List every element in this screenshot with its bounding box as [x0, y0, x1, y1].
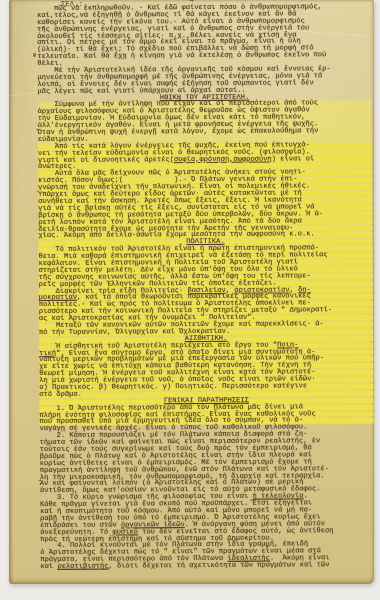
ink-speck [33, 53, 36, 57]
typewritten-text-block: πῶς νά ἐκπληρωθοῦν. - Καί ἐδῶ φαίνεται π… [37, 4, 374, 571]
scanned-typescript-page: { "meta": { "colors": { "scanner_backgro… [0, 0, 380, 600]
text-line: καί ρελατιβιστής, διότι δέχεται τή σχετι… [40, 562, 374, 571]
paper-sheet: -4- ΣΕΛ.:. πῶς νά ἐκπληρωθοῦν. - Καί ἐδῶ… [9, 0, 374, 584]
